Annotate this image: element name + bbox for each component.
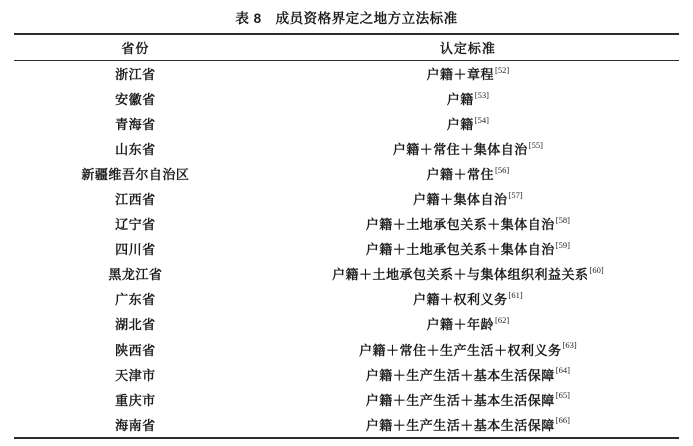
province-cell: 江西省	[14, 189, 257, 208]
standard-text: 户籍＋生产生活＋基本生活保障	[366, 418, 555, 433]
standard-cell: 户籍＋常住＋生产生活＋权利义务[63]	[257, 340, 679, 359]
table-row: 海南省 户籍＋生产生活＋基本生活保障[66]	[14, 412, 679, 437]
table-row: 浙江省 户籍＋章程[52]	[14, 61, 679, 86]
standard-text: 户籍＋权利义务	[413, 292, 508, 307]
province-cell: 黑龙江省	[14, 264, 257, 283]
table-row: 黑龙江省 户籍＋土地承包关系＋与集体组织利益关系[60]	[14, 261, 679, 286]
standard-text: 户籍	[447, 92, 474, 107]
table-row: 青海省 户籍[54]	[14, 111, 679, 136]
province-cell: 安徽省	[14, 89, 257, 108]
standard-text: 户籍＋生产生活＋基本生活保障	[366, 393, 555, 408]
footnote-ref: [62]	[495, 315, 509, 325]
standard-text: 户籍＋常住＋生产生活＋权利义务	[359, 343, 562, 358]
table-row: 广东省 户籍＋权利义务[61]	[14, 286, 679, 311]
standard-cell: 户籍[54]	[257, 114, 679, 133]
table-row: 山东省 户籍＋常住＋集体自治[55]	[14, 136, 679, 161]
standard-text: 户籍＋常住＋集体自治	[393, 142, 528, 157]
province-cell: 青海省	[14, 114, 257, 133]
footnote-ref: [54]	[475, 115, 489, 125]
standard-text: 户籍＋土地承包关系＋与集体组织利益关系	[332, 267, 589, 282]
footnote-ref: [65]	[556, 390, 570, 400]
table-row: 新疆维吾尔自治区 户籍＋常住[56]	[14, 161, 679, 186]
standard-cell: 户籍＋土地承包关系＋与集体组织利益关系[60]	[257, 264, 679, 283]
standard-cell: 户籍＋权利义务[61]	[257, 289, 679, 308]
footnote-ref: [64]	[556, 365, 570, 375]
table-row: 重庆市 户籍＋生产生活＋基本生活保障[65]	[14, 387, 679, 412]
footnote-ref: [63]	[563, 340, 577, 350]
standard-text: 户籍＋土地承包关系＋集体自治	[366, 242, 555, 257]
standard-text: 户籍＋章程	[427, 67, 495, 82]
province-cell: 四川省	[14, 239, 257, 258]
table-header-row: 省份 认定标准	[14, 35, 679, 61]
header-standard: 认定标准	[257, 38, 679, 57]
standard-text: 户籍＋土地承包关系＋集体自治	[366, 217, 555, 232]
standard-cell: 户籍＋土地承包关系＋集体自治[59]	[257, 239, 679, 258]
footnote-ref: [66]	[556, 415, 570, 425]
footnote-ref: [59]	[556, 240, 570, 250]
standard-text: 户籍	[447, 117, 474, 132]
table-body: 浙江省 户籍＋章程[52] 安徽省 户籍[53] 青海省 户籍[54] 山东省 …	[14, 61, 679, 437]
table-row: 四川省 户籍＋土地承包关系＋集体自治[59]	[14, 236, 679, 261]
province-cell: 山东省	[14, 139, 257, 158]
standard-text: 户籍＋集体自治	[413, 192, 508, 207]
province-cell: 广东省	[14, 289, 257, 308]
footnote-ref: [53]	[475, 90, 489, 100]
table-row: 天津市 户籍＋生产生活＋基本生活保障[64]	[14, 362, 679, 387]
standard-cell: 户籍＋生产生活＋基本生活保障[64]	[257, 365, 679, 384]
standard-cell: 户籍＋生产生活＋基本生活保障[66]	[257, 415, 679, 434]
footnote-ref: [58]	[556, 215, 570, 225]
province-cell: 湖北省	[14, 314, 257, 333]
standard-cell: 户籍＋生产生活＋基本生活保障[65]	[257, 390, 679, 409]
footnote-ref: [60]	[590, 265, 604, 275]
standard-text: 户籍＋常住	[427, 167, 495, 182]
province-cell: 海南省	[14, 415, 257, 434]
footnote-ref: [55]	[529, 140, 543, 150]
table-row: 陕西省 户籍＋常住＋生产生活＋权利义务[63]	[14, 337, 679, 362]
standard-text: 户籍＋年龄	[427, 317, 495, 332]
paper-page: 表 8 成员资格界定之地方立法标准 省份 认定标准 浙江省 户籍＋章程[52] …	[0, 0, 693, 446]
standard-cell: 户籍＋集体自治[57]	[257, 189, 679, 208]
footnote-ref: [61]	[509, 290, 523, 300]
province-cell: 陕西省	[14, 340, 257, 359]
footnote-ref: [57]	[509, 190, 523, 200]
table-row: 安徽省 户籍[53]	[14, 86, 679, 111]
standard-cell: 户籍＋年龄[62]	[257, 314, 679, 333]
table-row: 辽宁省 户籍＋土地承包关系＋集体自治[58]	[14, 211, 679, 236]
province-cell: 浙江省	[14, 64, 257, 83]
province-cell: 天津市	[14, 365, 257, 384]
standard-cell: 户籍＋常住[56]	[257, 164, 679, 183]
table-row: 江西省 户籍＋集体自治[57]	[14, 186, 679, 211]
standard-cell: 户籍[53]	[257, 89, 679, 108]
province-cell: 新疆维吾尔自治区	[14, 164, 257, 183]
table: 省份 认定标准 浙江省 户籍＋章程[52] 安徽省 户籍[53] 青海省 户籍[…	[14, 33, 679, 439]
footnote-ref: [56]	[495, 165, 509, 175]
standard-text: 户籍＋生产生活＋基本生活保障	[366, 368, 555, 383]
standard-cell: 户籍＋土地承包关系＋集体自治[58]	[257, 214, 679, 233]
footnote-ref: [52]	[495, 65, 509, 75]
table-title: 表 8 成员资格界定之地方立法标准	[14, 8, 679, 29]
standard-cell: 户籍＋常住＋集体自治[55]	[257, 139, 679, 158]
province-cell: 重庆市	[14, 390, 257, 409]
table-row: 湖北省 户籍＋年龄[62]	[14, 311, 679, 336]
province-cell: 辽宁省	[14, 214, 257, 233]
header-province: 省份	[14, 38, 257, 57]
standard-cell: 户籍＋章程[52]	[257, 64, 679, 83]
